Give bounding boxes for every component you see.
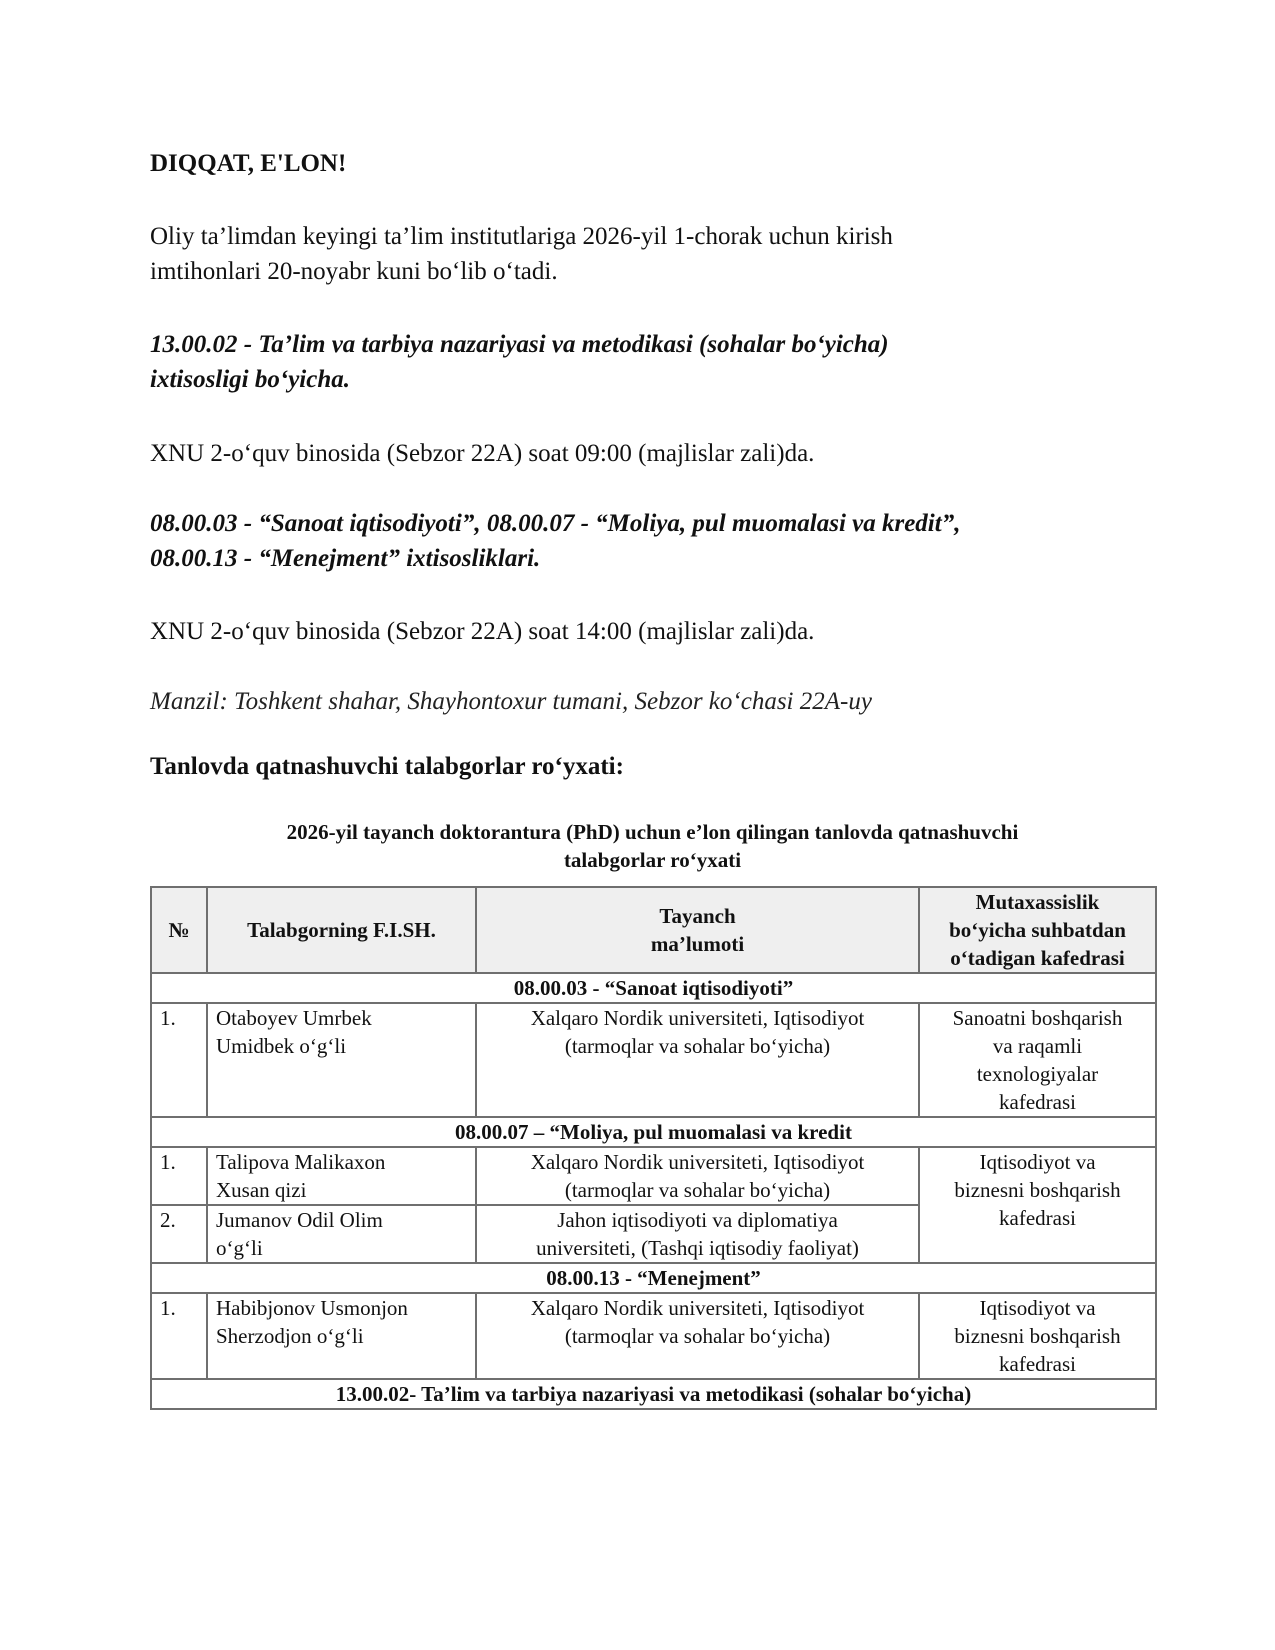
table-header-row: № Talabgorning F.I.SH. Tayanch ma’lumoti… bbox=[151, 887, 1156, 973]
location-2: XNU 2-o‘quv binosida (Sebzor 22A) soat 1… bbox=[150, 614, 814, 649]
specialty-2-line-1: 08.00.03 - “Sanoat iqtisodiyoti”, 08.00.… bbox=[150, 510, 960, 537]
header-department-line-1: Mutaxassislik bbox=[976, 890, 1100, 914]
header-department-line-2: bo‘yicha suhbatdan bbox=[949, 918, 1126, 942]
section-row: 08.00.07 – “Moliya, pul muomalasi va kre… bbox=[151, 1117, 1156, 1147]
row-number: 2. bbox=[151, 1205, 207, 1263]
applicant-name-line-2: Xusan qizi bbox=[216, 1178, 306, 1202]
section-row: 08.00.13 - “Menejment” bbox=[151, 1263, 1156, 1293]
applicants-table: № Talabgorning F.I.SH. Tayanch ma’lumoti… bbox=[150, 886, 1157, 1410]
applicant-name-line-2: o‘g‘li bbox=[216, 1236, 263, 1260]
table-row: 1. Habibjonov Usmonjon Sherzodjon o‘g‘li… bbox=[151, 1293, 1156, 1379]
education-line-1: Xalqaro Nordik universiteti, Iqtisodiyot bbox=[531, 1006, 865, 1030]
header-num: № bbox=[151, 887, 207, 973]
applicant-name-line-2: Umidbek o‘g‘li bbox=[216, 1034, 346, 1058]
department-line-2: biznesni boshqarish bbox=[954, 1324, 1120, 1348]
header-department-line-3: o‘tadigan kafedrasi bbox=[950, 946, 1124, 970]
department-line-1: Sanoatni boshqarish bbox=[953, 1006, 1123, 1030]
department: Sanoatni boshqarish va raqamli texnologi… bbox=[919, 1003, 1156, 1117]
education-line-2: (tarmoqlar va sohalar bo‘yicha) bbox=[565, 1178, 830, 1202]
specialty-1-line-2: ixtisosligi bo‘yicha. bbox=[150, 366, 350, 393]
department: Iqtisodiyot va biznesni boshqarish kafed… bbox=[919, 1293, 1156, 1379]
department-line-2: biznesni boshqarish bbox=[954, 1178, 1120, 1202]
applicant-education: Xalqaro Nordik universiteti, Iqtisodiyot… bbox=[476, 1293, 919, 1379]
applicant-education: Xalqaro Nordik universiteti, Iqtisodiyot… bbox=[476, 1147, 919, 1205]
department: Iqtisodiyot va biznesni boshqarish kafed… bbox=[919, 1147, 1156, 1263]
section-row: 08.00.03 - “Sanoat iqtisodiyoti” bbox=[151, 973, 1156, 1003]
applicant-name-line-2: Sherzodjon o‘g‘li bbox=[216, 1324, 364, 1348]
table-caption: 2026-yil tayanch doktorantura (PhD) uchu… bbox=[150, 818, 1155, 874]
education-line-1: Xalqaro Nordik universiteti, Iqtisodiyot bbox=[531, 1296, 865, 1320]
applicant-name-line-1: Otaboyev Umrbek bbox=[216, 1006, 372, 1030]
education-line-2: (tarmoqlar va sohalar bo‘yicha) bbox=[565, 1324, 830, 1348]
education-line-2: (tarmoqlar va sohalar bo‘yicha) bbox=[565, 1034, 830, 1058]
intro-line-1: Oliy ta’limdan keyingi ta’lim institutla… bbox=[150, 223, 893, 250]
section-row: 13.00.02- Ta’lim va tarbiya nazariyasi v… bbox=[151, 1379, 1156, 1409]
list-heading: Tanlovda qatnashuvchi talabgorlar ro‘yxa… bbox=[150, 753, 624, 781]
education-line-1: Jahon iqtisodiyoti va diplomatiya bbox=[557, 1208, 838, 1232]
table-caption-line-1: 2026-yil tayanch doktorantura (PhD) uchu… bbox=[287, 820, 1019, 844]
section-title: 08.00.03 - “Sanoat iqtisodiyoti” bbox=[151, 973, 1156, 1003]
education-line-1: Xalqaro Nordik universiteti, Iqtisodiyot bbox=[531, 1150, 865, 1174]
header-department: Mutaxassislik bo‘yicha suhbatdan o‘tadig… bbox=[919, 887, 1156, 973]
department-line-1: Iqtisodiyot va bbox=[979, 1150, 1095, 1174]
applicant-name: Habibjonov Usmonjon Sherzodjon o‘g‘li bbox=[207, 1293, 476, 1379]
department-line-1: Iqtisodiyot va bbox=[979, 1296, 1095, 1320]
address: Manzil: Toshkent shahar, Shayhontoxur tu… bbox=[150, 684, 872, 719]
location-1: XNU 2-o‘quv binosida (Sebzor 22A) soat 0… bbox=[150, 436, 814, 471]
table-caption-line-2: talabgorlar ro‘yxati bbox=[564, 848, 741, 872]
applicant-name: Otaboyev Umrbek Umidbek o‘g‘li bbox=[207, 1003, 476, 1117]
row-number: 1. bbox=[151, 1147, 207, 1205]
department-line-3: kafedrasi bbox=[999, 1352, 1076, 1376]
specialty-2-line-2: 08.00.13 - “Menejment” ixtisosliklari. bbox=[150, 545, 540, 572]
header-education-line-2: ma’lumoti bbox=[651, 932, 744, 956]
header-education: Tayanch ma’lumoti bbox=[476, 887, 919, 973]
applicant-education: Xalqaro Nordik universiteti, Iqtisodiyot… bbox=[476, 1003, 919, 1117]
department-line-3: texnologiyalar bbox=[977, 1062, 1098, 1086]
specialty-2-paragraph: 08.00.03 - “Sanoat iqtisodiyoti”, 08.00.… bbox=[150, 506, 960, 576]
table-row: 1. Talipova Malikaxon Xusan qizi Xalqaro… bbox=[151, 1147, 1156, 1205]
section-title: 08.00.07 – “Moliya, pul muomalasi va kre… bbox=[151, 1117, 1156, 1147]
announcement-heading: DIQQAT, E'LON! bbox=[150, 150, 346, 178]
intro-paragraph: Oliy ta’limdan keyingi ta’lim institutla… bbox=[150, 219, 893, 289]
header-name: Talabgorning F.I.SH. bbox=[207, 887, 476, 973]
section-title: 13.00.02- Ta’lim va tarbiya nazariyasi v… bbox=[151, 1379, 1156, 1409]
table-row: 1. Otaboyev Umrbek Umidbek o‘g‘li Xalqar… bbox=[151, 1003, 1156, 1117]
section-title: 08.00.13 - “Menejment” bbox=[151, 1263, 1156, 1293]
row-number: 1. bbox=[151, 1003, 207, 1117]
applicant-name-line-1: Jumanov Odil Olim bbox=[216, 1208, 383, 1232]
applicant-name: Jumanov Odil Olim o‘g‘li bbox=[207, 1205, 476, 1263]
applicant-education: Jahon iqtisodiyoti va diplomatiya univer… bbox=[476, 1205, 919, 1263]
department-line-2: va raqamli bbox=[993, 1034, 1082, 1058]
specialty-1-paragraph: 13.00.02 - Ta’lim va tarbiya nazariyasi … bbox=[150, 327, 889, 397]
department-line-3: kafedrasi bbox=[999, 1206, 1076, 1230]
intro-line-2: imtihonlari 20-noyabr kuni bo‘lib o‘tadi… bbox=[150, 258, 558, 285]
applicant-name: Talipova Malikaxon Xusan qizi bbox=[207, 1147, 476, 1205]
department-line-4: kafedrasi bbox=[999, 1090, 1076, 1114]
applicant-name-line-1: Habibjonov Usmonjon bbox=[216, 1296, 408, 1320]
specialty-1-line-1: 13.00.02 - Ta’lim va tarbiya nazariyasi … bbox=[150, 331, 889, 358]
education-line-2: universiteti, (Tashqi iqtisodiy faoliyat… bbox=[536, 1236, 859, 1260]
header-education-line-1: Tayanch bbox=[659, 904, 735, 928]
applicant-name-line-1: Talipova Malikaxon bbox=[216, 1150, 385, 1174]
row-number: 1. bbox=[151, 1293, 207, 1379]
